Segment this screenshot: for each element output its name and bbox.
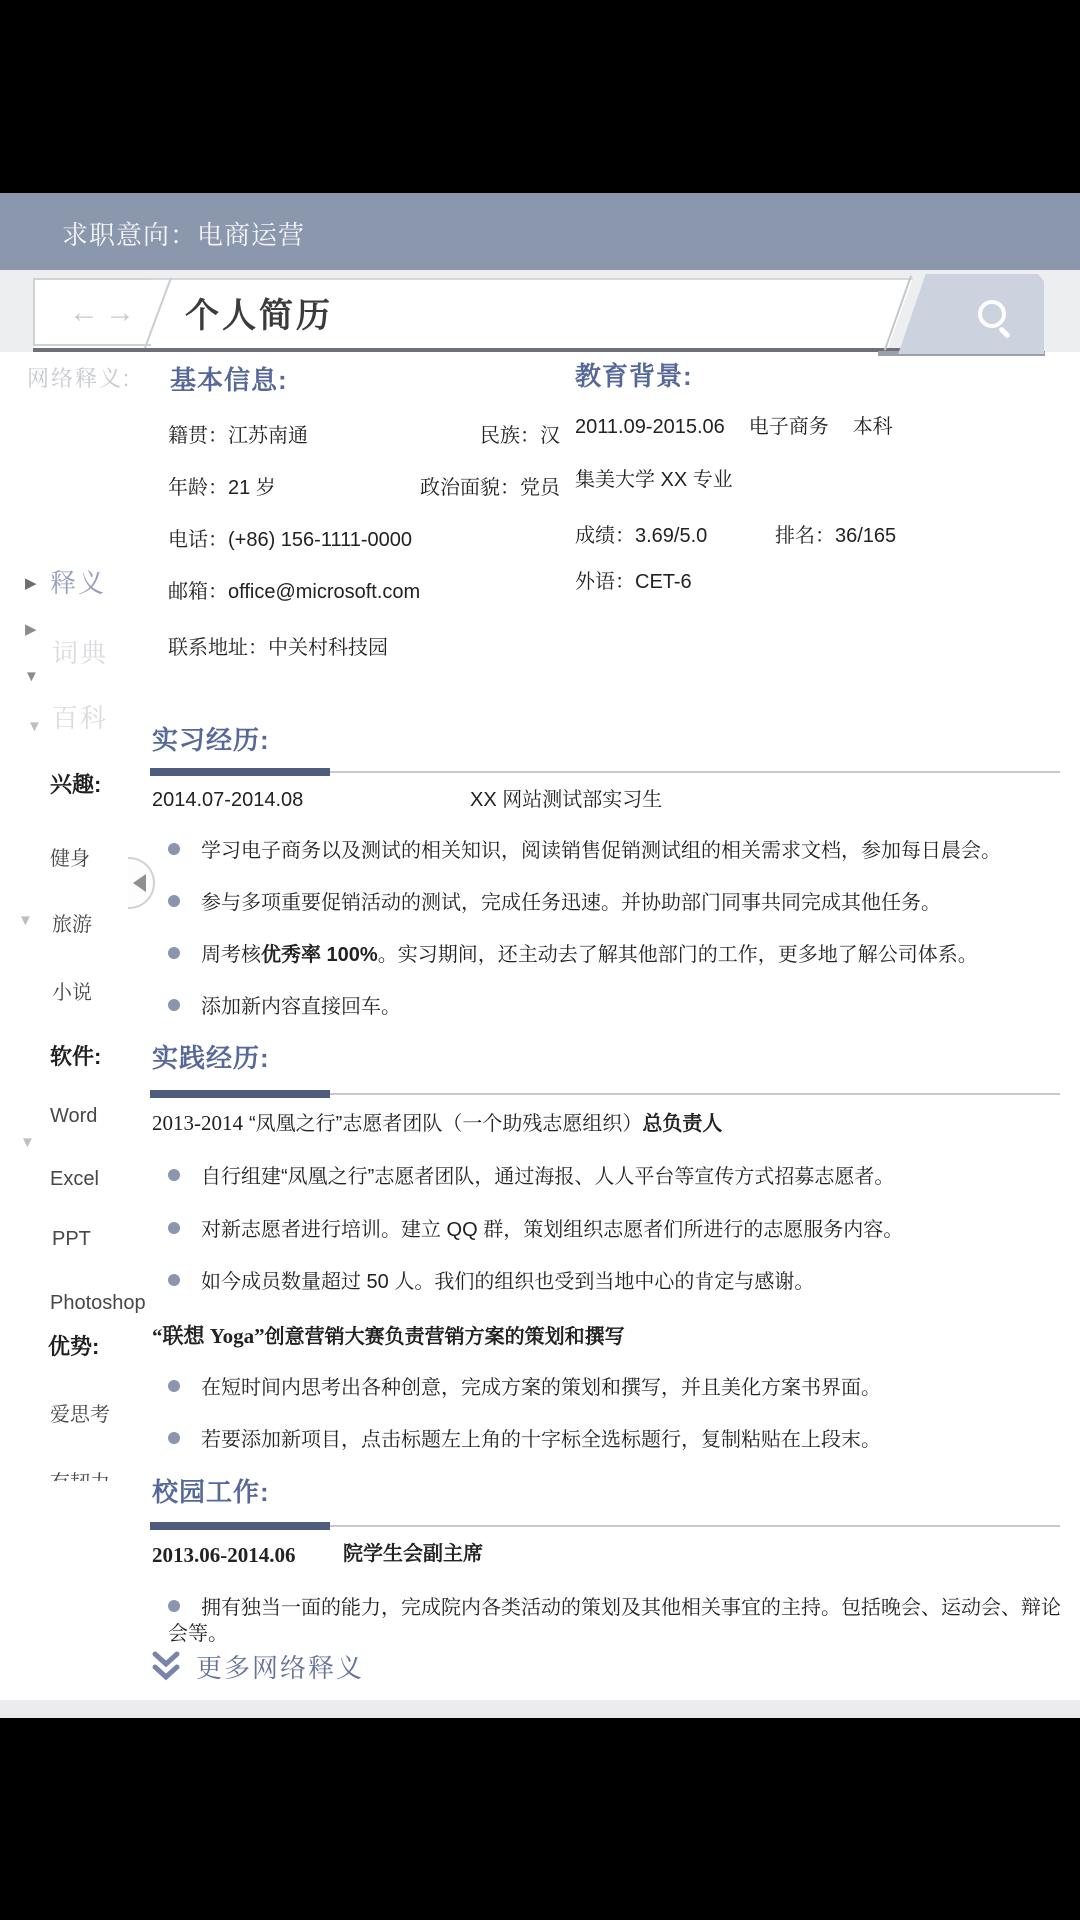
field-email: 邮箱：office@microsoft.com [168,580,420,605]
field-language: 外语：CET-6 [575,570,692,595]
bullet-text: 参与多项重要促销活动的测试，完成任务迅速。并协助部门同事共同完成其他任务。 [201,892,941,914]
bullet-text: 周考核优秀率 100%。实习期间，还主动去了解其他部门的工作，更多地了解公司体系… [201,944,978,966]
sidebar-item-definition[interactable]: 释义 [50,563,106,600]
basic-row: 年龄：21 岁 政治面貌：党员 [168,476,560,501]
bullet-icon [168,947,180,959]
education-degree-row: 2011.09-2015.06电子商务本科 [575,415,917,440]
bullet-icon [168,999,180,1011]
bullet-icon [168,1432,180,1444]
section-title-education: 教育背景: [575,356,693,393]
bottom-black-band [0,1718,1080,1920]
sidebar-item-ppt: PPT [52,1228,91,1251]
sidebar-item-thinker: 爱思考 [50,1398,110,1427]
field-address: 联系地址：中关村科技园 [168,636,388,661]
practice-dates: 2013-2014 [152,1111,243,1135]
basic-row: 籍贯：江苏南通 民族：汉 [168,424,560,449]
more-definitions-label: 更多网络释义 [196,1648,364,1685]
section-rule [150,1090,1060,1098]
sidebar-group-interests: 兴趣: [50,768,101,799]
bullet-item: 若要添加新项目，点击标题左上角的十字标全选标题行，复制粘贴在上段末。 [168,1427,1063,1453]
bullet-text: 对新志愿者进行培训。建立 QQ 群，策划组织志愿者们所进行的志愿服务内容。 [201,1219,903,1241]
sidebar-item-resilient: 有韧力 [50,1466,110,1481]
bullet-text: 添加新内容直接回车。 [201,996,401,1018]
search-icon-handle [998,326,1011,339]
sidebar-item-word: Word [50,1105,97,1128]
bullet-text: 学习电子商务以及测试的相关知识，阅读销售促销测试组的相关需求文档，参加每日晨会。 [201,840,1001,862]
bullet-text: 若要添加新项目，点击标题左上角的十字标全选标题行，复制粘贴在上段末。 [201,1429,881,1451]
internship-header-row: 2014.07-2014.08 XX 网站测试部实习生 [152,788,1060,813]
bullet-icon [168,1169,180,1181]
field-phone: 电话：(+86) 156-1111-0000 [168,528,412,553]
bullet-icon [168,895,180,907]
top-black-band [0,0,1080,193]
sidebar-item-photoshop: Photoshop [50,1292,146,1315]
bullet-item: 在短时间内思考出各种创意，完成方案的策划和撰写，并且美化方案书界面。 [168,1375,1063,1401]
education-score-row: 成绩：3.69/5.0 排名：36/165 [575,524,1055,549]
forward-arrow-icon[interactable]: → [105,296,135,330]
field-age: 年龄：21 岁 [168,476,276,501]
sidebar-item-travel: 旅游 [52,908,92,937]
bullet-icon [168,1222,180,1234]
double-chevron-down-icon [150,1649,182,1685]
job-intent-bar: 求职意向：电商运营 [0,193,1080,270]
field-political-status: 政治面貌：党员 [420,476,560,501]
education-dates: 2011.09-2015.06 [575,416,725,438]
history-nav: ← → [50,290,154,336]
collapse-arrow-icon[interactable]: ▼ [18,912,33,929]
collapse-handle[interactable] [128,857,155,909]
sidebar-item-dictionary[interactable]: 词典 [52,633,108,670]
expand-arrow-icon[interactable]: ▶ [25,574,37,592]
bullet-item: 拥有独当一面的能力，完成院内各类活动的策划及其他相关事宜的主持。包括晚会、运动会… [168,1595,1063,1647]
collapse-arrow-icon[interactable]: ▼ [24,668,39,685]
sidebar-item-novels: 小说 [52,976,92,1005]
practice-org-row: 2013-2014“凤凰之行”志愿者团队（一个助残志愿组织）总负责人 [152,1110,1060,1137]
section-rule [150,1522,1060,1530]
education-school: 集美大学 XX 专业 [575,468,733,493]
collapse-arrow-icon[interactable]: ▼ [20,1134,35,1151]
bullet-text: 拥有独当一面的能力，完成院内各类活动的策划及其他相关事宜的主持。包括晚会、运动会… [168,1597,1061,1645]
internship-role: XX 网站测试部实习生 [470,788,662,813]
bullet-icon [168,1274,180,1286]
section-title-basic-info: 基本信息: [170,360,288,397]
field-gpa: 成绩：3.69/5.0 [575,525,707,547]
search-icon [978,300,1006,328]
sidebar-item-excel: Excel [50,1168,99,1191]
bullet-icon [168,1380,180,1392]
campus-period: 2013.06-2014.06 [152,1543,296,1567]
bullet-item: 周考核优秀率 100%。实习期间，还主动去了解其他部门的工作，更多地了解公司体系… [168,942,1063,968]
sidebar-item-fitness: 健身 [50,842,90,871]
sidebar-group-strengths: 优势: [48,1330,99,1361]
expand-arrow-icon[interactable]: ▶ [25,620,37,638]
bullet-icon [168,1600,180,1612]
bullet-item: 添加新内容直接回车。 [168,994,1063,1020]
bullet-item: 学习电子商务以及测试的相关知识，阅读销售促销测试组的相关需求文档，参加每日晨会。 [168,838,1063,864]
practice-role: 总负责人 [642,1113,722,1135]
education-major: 电子商务 [749,416,829,438]
practice-contest-role: 创意营销大赛负责营销方案的策划和撰写 [265,1326,625,1348]
bullet-text: 在短时间内思考出各种创意，完成方案的策划和撰写，并且美化方案书界面。 [201,1377,881,1399]
campus-header-row: 2013.06-2014.06 院学生会副主席 [152,1542,1060,1569]
internship-period: 2014.07-2014.08 [152,789,303,811]
sidebar-group-software: 软件: [50,1040,101,1071]
field-birthplace: 籍贯：江苏南通 [168,424,308,449]
app-screen: 求职意向：电商运营 ← → 个人简历 网络释义: ▶ 释义 ▶ 词典 ▼ 百科 … [0,0,1080,1920]
bullet-item: 如今成员数量超过 50 人。我们的组织也受到当地中心的肯定与感谢。 [168,1269,1063,1295]
field-ethnicity: 民族：汉 [480,424,560,449]
bullet-icon [168,843,180,855]
practice-org: “凤凰之行”志愿者团队（一个助残志愿组织） [249,1113,642,1135]
sidebar-item-encyclopedia[interactable]: 百科 [52,698,108,735]
education-level: 本科 [853,416,893,438]
bullet-item: 自行组建“凤凰之行”志愿者团队，通过海报、人人平台等宣传方式招募志愿者。 [168,1164,1063,1190]
section-rule [150,768,1060,776]
job-intent-text: 求职意向：电商运营 [62,215,305,252]
back-arrow-icon[interactable]: ← [69,296,99,330]
practice-sub-row: “联想 Yoga”创意营销大赛负责营销方案的策划和撰写 [152,1323,1060,1350]
field-rank: 排名：36/165 [775,524,896,549]
bullet-item: 参与多项重要促销活动的测试，完成任务迅速。并协助部门同事共同完成其他任务。 [168,890,1063,916]
collapse-left-icon [133,874,146,892]
card-bottom-edge [0,1700,1080,1718]
section-title-campus: 校园工作: [152,1472,270,1509]
bullet-item: 对新志愿者进行培训。建立 QQ 群，策划组织志愿者们所进行的志愿服务内容。 [168,1217,1063,1243]
page-title: 个人简历 [185,288,333,337]
bullet-text: 自行组建“凤凰之行”志愿者团队，通过海报、人人平台等宣传方式招募志愿者。 [201,1166,894,1188]
more-definitions-link[interactable]: 更多网络释义 [150,1648,364,1685]
web-definition-label: 网络释义: [27,362,131,393]
bullet-text: 如今成员数量超过 50 人。我们的组织也受到当地中心的肯定与感谢。 [201,1271,814,1293]
section-title-practice: 实践经历: [152,1038,270,1075]
section-title-internship: 实习经历: [152,720,270,757]
practice-contest-name: “联想 Yoga” [152,1324,265,1348]
campus-role: 院学生会副主席 [343,1542,483,1567]
titlebar-underline [33,348,911,352]
collapse-arrow-icon[interactable]: ▼ [27,718,42,735]
